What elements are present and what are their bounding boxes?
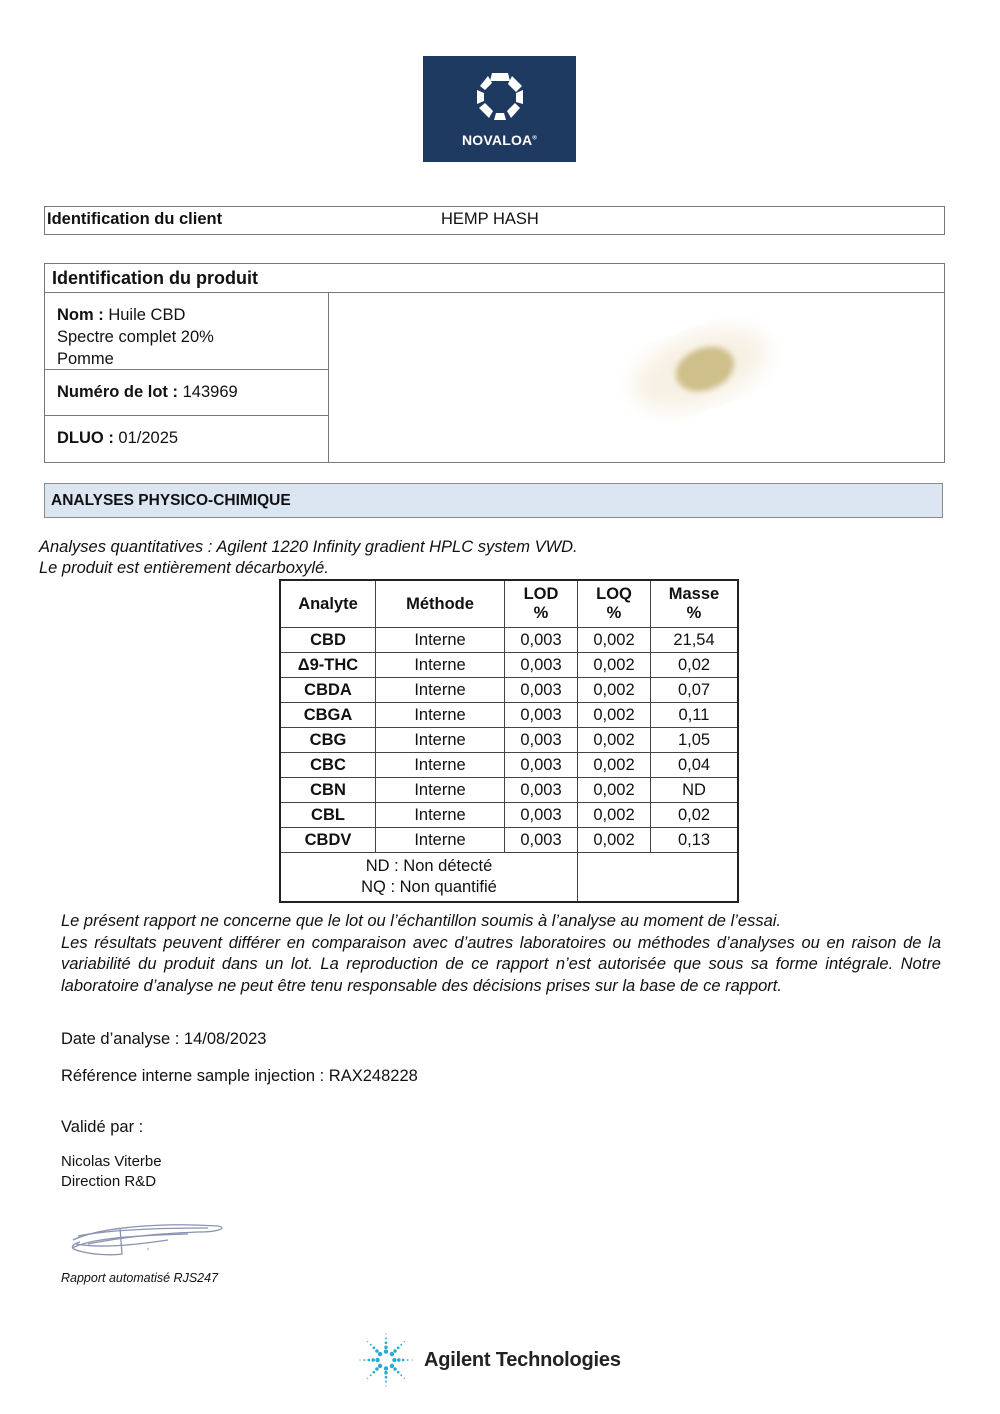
table-row: CBGAInterne0,0030,0020,11 <box>280 703 738 728</box>
analyte-cell: CBN <box>280 778 376 803</box>
lod-cell: 0,003 <box>505 778 578 803</box>
method-cell: Interne <box>376 753 505 778</box>
loq-cell: 0,002 <box>578 728 651 753</box>
novaloa-logo: NOVALOA® <box>423 56 576 162</box>
mass-cell: 1,05 <box>651 728 739 753</box>
mass-cell: 0,11 <box>651 703 739 728</box>
table-legend-row: ND : Non détecté NQ : Non quantifié <box>280 853 738 903</box>
agilent-spark-logo-icon <box>358 1332 414 1388</box>
disclaimer-scope: Le présent rapport ne concerne que le lo… <box>61 911 941 933</box>
lod-cell: 0,003 <box>505 828 578 853</box>
divider <box>45 369 328 370</box>
method-cell: Interne <box>376 778 505 803</box>
product-name: Nom : Huile CBD Spectre complet 20% Pomm… <box>57 304 340 370</box>
lod-cell: 0,003 <box>505 803 578 828</box>
disclaimer-liability: Les résultats peuvent différer en compar… <box>61 933 941 998</box>
table-row: CBDVInterne0,0030,0020,13 <box>280 828 738 853</box>
novaloa-ring-logo-icon <box>473 70 527 124</box>
analyte-cell: CBG <box>280 728 376 753</box>
header-loq: LOQ% <box>578 580 651 628</box>
signer-role: Direction R&D <box>61 1173 156 1190</box>
header-lod: LOD% <box>505 580 578 628</box>
analysis-date: Date d’analyse : 14/08/2023 <box>61 1030 267 1049</box>
analyte-cell: CBDA <box>280 678 376 703</box>
analysis-method-text: Analyses quantitatives : Agilent 1220 In… <box>39 538 578 557</box>
analyte-cell: CBC <box>280 753 376 778</box>
method-cell: Interne <box>376 628 505 653</box>
lod-cell: 0,003 <box>505 753 578 778</box>
method-cell: Interne <box>376 703 505 728</box>
mass-cell: ND <box>651 778 739 803</box>
disclaimer: Le présent rapport ne concerne que le lo… <box>61 911 941 997</box>
table-header-row: Analyte Méthode LOD% LOQ% Masse% <box>280 580 738 628</box>
lot-number: Numéro de lot : 143969 <box>57 381 340 403</box>
validated-by-label: Validé par : <box>61 1118 143 1137</box>
loq-cell: 0,002 <box>578 803 651 828</box>
section-banner: ANALYSES PHYSICO-CHIMIQUE <box>44 483 943 518</box>
mass-cell: 0,07 <box>651 678 739 703</box>
mass-cell: 0,13 <box>651 828 739 853</box>
analyte-cell: Δ9-THC <box>280 653 376 678</box>
empty-cell <box>578 853 739 903</box>
header-analyte: Analyte <box>280 580 376 628</box>
loq-cell: 0,002 <box>578 628 651 653</box>
product-details: Nom : Huile CBD Spectre complet 20% Pomm… <box>45 293 329 462</box>
method-cell: Interne <box>376 828 505 853</box>
lod-cell: 0,003 <box>505 728 578 753</box>
mass-cell: 0,02 <box>651 653 739 678</box>
header-mass: Masse% <box>651 580 739 628</box>
client-identification: Identification du client HEMP HASH <box>44 206 945 235</box>
product-header: Identification du produit <box>45 264 944 293</box>
section-title: ANALYSES PHYSICO-CHIMIQUE <box>51 492 291 510</box>
signer-name: Nicolas Viterbe <box>61 1153 162 1170</box>
analyte-cell: CBGA <box>280 703 376 728</box>
table-row: CBLInterne0,0030,0020,02 <box>280 803 738 828</box>
analyte-cell: CBL <box>280 803 376 828</box>
loq-cell: 0,002 <box>578 703 651 728</box>
analyte-cell: CBDV <box>280 828 376 853</box>
product-sample-image <box>605 304 785 424</box>
decarboxylation-text: Le produit est entièrement décarboxylé. <box>39 559 329 578</box>
loq-cell: 0,002 <box>578 653 651 678</box>
method-cell: Interne <box>376 653 505 678</box>
lod-cell: 0,003 <box>505 628 578 653</box>
client-label: Identification du client <box>47 210 222 229</box>
method-cell: Interne <box>376 728 505 753</box>
mass-cell: 0,04 <box>651 753 739 778</box>
product-title: Identification du produit <box>52 268 258 289</box>
lod-cell: 0,003 <box>505 653 578 678</box>
table-row: CBNInterne0,0030,002ND <box>280 778 738 803</box>
divider <box>45 415 328 416</box>
table-row: CBDAInterne0,0030,0020,07 <box>280 678 738 703</box>
method-cell: Interne <box>376 803 505 828</box>
loq-cell: 0,002 <box>578 828 651 853</box>
lod-cell: 0,003 <box>505 678 578 703</box>
method-cell: Interne <box>376 678 505 703</box>
table-row: CBGInterne0,0030,0021,05 <box>280 728 738 753</box>
loq-cell: 0,002 <box>578 753 651 778</box>
table-row: CBDInterne0,0030,00221,54 <box>280 628 738 653</box>
automated-report-note: Rapport automatisé RJS247 <box>61 1271 218 1285</box>
product-identification: Identification du produit Nom : Huile CB… <box>44 263 945 463</box>
dluo: DLUO : 01/2025 <box>57 427 340 449</box>
brand-name: NOVALOA® <box>423 132 576 148</box>
header-method: Méthode <box>376 580 505 628</box>
mass-cell: 0,02 <box>651 803 739 828</box>
table-row: Δ9-THCInterne0,0030,0020,02 <box>280 653 738 678</box>
handwritten-signature <box>68 1218 228 1260</box>
loq-cell: 0,002 <box>578 778 651 803</box>
analyte-cell: CBD <box>280 628 376 653</box>
legend-cell: ND : Non détecté NQ : Non quantifié <box>280 853 578 903</box>
agilent-company-name: Agilent Technologies <box>424 1349 621 1372</box>
lod-cell: 0,003 <box>505 703 578 728</box>
mass-cell: 21,54 <box>651 628 739 653</box>
table-row: CBCInterne0,0030,0020,04 <box>280 753 738 778</box>
internal-reference: Référence interne sample injection : RAX… <box>61 1067 418 1086</box>
loq-cell: 0,002 <box>578 678 651 703</box>
client-value: HEMP HASH <box>441 210 539 229</box>
results-table: Analyte Méthode LOD% LOQ% Masse% CBDInte… <box>279 579 739 903</box>
